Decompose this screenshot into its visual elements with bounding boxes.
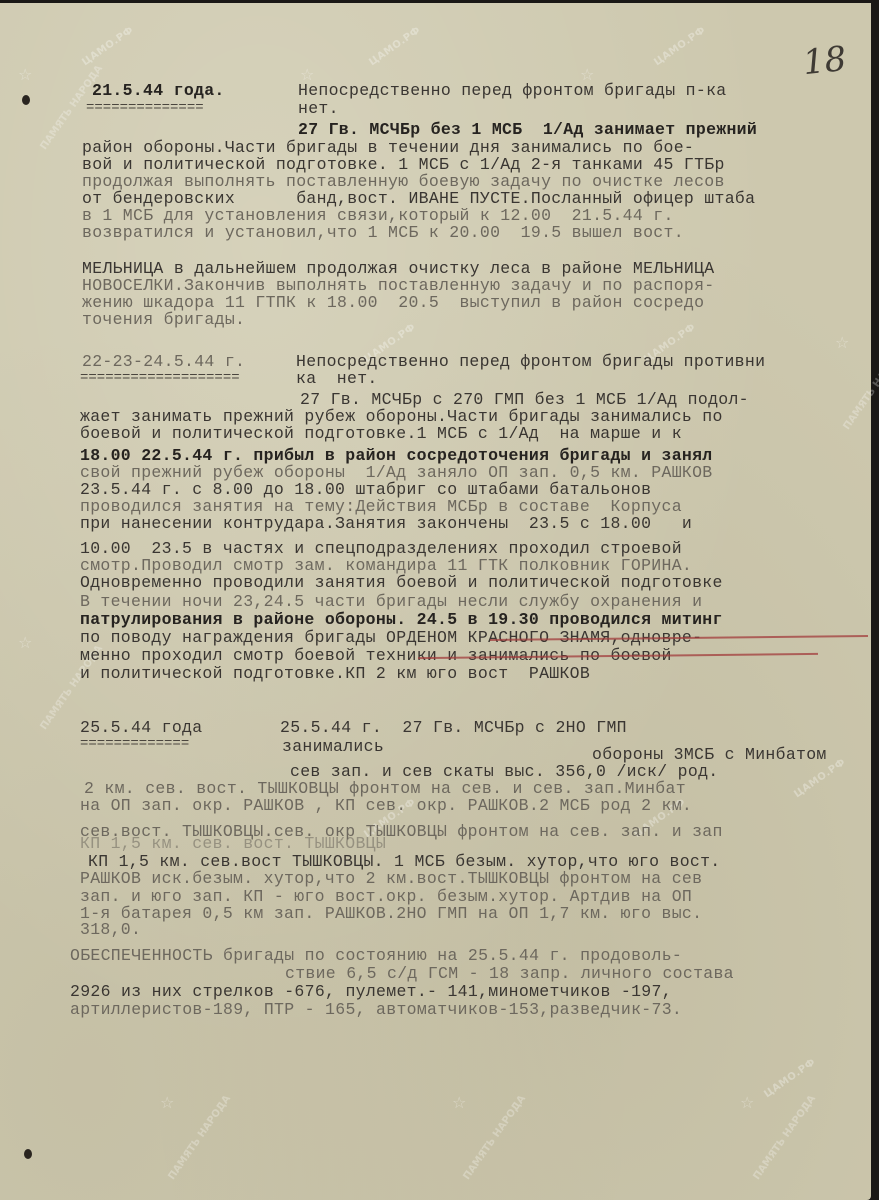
watermark-pamyat: ПАМЯТЬ НАРОДА — [167, 1094, 233, 1182]
watermark-star-icon: ☆ — [835, 333, 849, 352]
punch-hole — [24, 1149, 32, 1159]
watermark-star-icon: ☆ — [18, 65, 32, 84]
text-line: 318,0. — [80, 921, 141, 939]
text-line: возвратился и установил,что 1 МСБ к 20.0… — [82, 224, 684, 242]
watermark-star-icon: ☆ — [452, 1093, 466, 1112]
text-line: 2926 из них стрелков -676, пулемет.- 141… — [70, 983, 672, 1001]
text-line: Непосредственно перед фронтом бригады п-… — [298, 82, 726, 100]
text-line: при нанесении контрудара.Занятия законче… — [80, 515, 692, 533]
entry-date: 22-23-24.5.44 г. — [82, 353, 245, 371]
watermark-camo: ЦАМО.РФ — [367, 25, 422, 68]
text-line: на ОП зап. окр. РАШКОВ , КП сев. окр. РА… — [80, 797, 692, 815]
text-line: точения бригады. — [82, 311, 245, 329]
date-underline: =================== — [80, 373, 240, 383]
text-line: 27 Гв. МСЧБр без 1 МСБ 1/Ад занимает пре… — [298, 121, 757, 139]
page-number: 18 — [801, 39, 848, 83]
text-line: боевой и политической подготовке.1 МСБ с… — [80, 425, 682, 443]
text-line: патрулирования в районе обороны. 24.5 в … — [80, 611, 723, 629]
text-line: РАШКОВ иск.безым. хутор,что 2 км.вост.ТЫ… — [80, 870, 702, 888]
text-line: В течении ночи 23,24.5 части бригады нес… — [80, 593, 702, 611]
text-line: ка нет. — [296, 370, 378, 388]
date-underline: ============= — [80, 739, 189, 749]
entry-date: 25.5.44 года — [80, 719, 202, 737]
text-line: ОБЕСПЕЧЕННОСТЬ бригады по состоянию на 2… — [70, 947, 682, 965]
text-line: 25.5.44 г. 27 Гв. МСЧБр с 2НО ГМП — [280, 719, 627, 737]
watermark-star-icon: ☆ — [18, 633, 32, 652]
text-line: КП 1,5 км. сев. вост. ТЫШКОВЦЫ — [80, 835, 386, 853]
watermark-pamyat: ПАМЯТЬ НАРОДА — [462, 1094, 528, 1182]
text-line: артиллеристов-189, ПТР - 165, автоматчик… — [70, 1001, 682, 1019]
watermark-star-icon: ☆ — [740, 1093, 754, 1112]
document-page: ЦАМО.РФ ЦАМО.РФ ЦАМО.РФ ЦАМО.РФ ЦАМО.РФ … — [0, 3, 871, 1200]
watermark-camo: ЦАМО.РФ — [652, 25, 707, 68]
punch-hole — [22, 95, 30, 105]
text-line: занимались — [282, 738, 384, 756]
text-line: Одновременно проводили занятия боевой и … — [80, 574, 723, 592]
watermark-pamyat: ПАМЯТЬ НАРОДА — [752, 1094, 818, 1182]
text-line: нет. — [298, 100, 339, 118]
text-line: и политической подготовке.КП 2 км юго во… — [80, 665, 590, 683]
watermark-camo: ЦАМО.РФ — [80, 25, 135, 68]
watermark-star-icon: ☆ — [160, 1093, 174, 1112]
date-underline: ============== — [86, 103, 204, 113]
text-line: 1-я батарея 0,5 км зап. РАШКОВ.2НО ГМП н… — [80, 905, 702, 923]
watermark-pamyat: ПАМЯТЬ НАРОДА — [842, 344, 879, 432]
entry-date: 21.5.44 года. — [92, 82, 225, 100]
text-line: ствие 6,5 с/д ГСМ - 18 запр. личного сос… — [285, 965, 734, 983]
